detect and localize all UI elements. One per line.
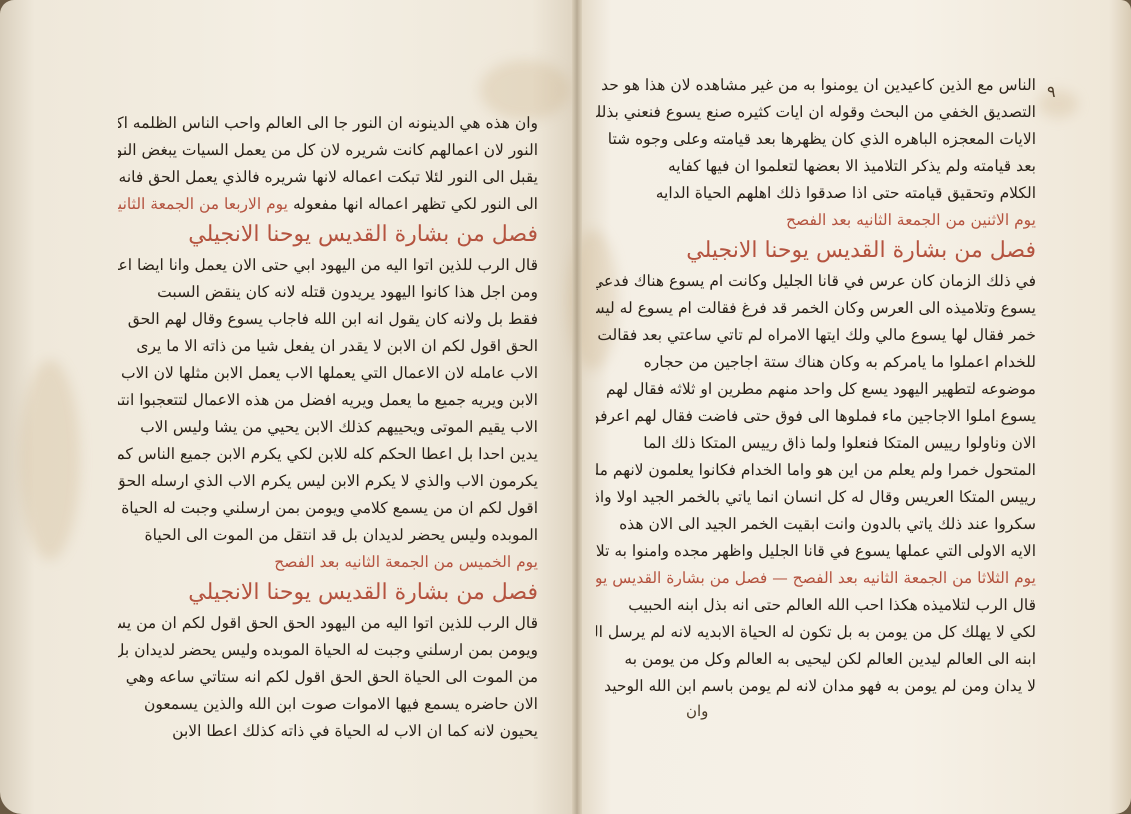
- text-line: يسوع املوا الاجاجين ماء فملوها الى فوق ح…: [596, 403, 1036, 430]
- text-line: يحيون لانه كما ان الاب له الحياة في ذاته…: [118, 718, 538, 745]
- text-line: من الموت الى الحياة الحق الحق اقول لكم ا…: [118, 664, 538, 691]
- rubric-day: يوم الاثنين من الجمعة الثانيه بعد الفصح: [596, 207, 1036, 234]
- text-line: الاب يقيم الموتى ويحييهم كذلك الابن يحيي…: [118, 414, 538, 441]
- text-line: الحق اقول لكم ان الابن لا يقدر ان يفعل ش…: [118, 333, 538, 360]
- text-line: الان حاضره يسمع فيها الاموات صوت ابن الل…: [118, 691, 538, 718]
- catchword: وان: [686, 702, 708, 720]
- text-line: الايه الاولى التي عملها يسوع في قانا الج…: [596, 538, 1036, 565]
- right-page-text: الناس مع الذين كاعيدين ان يومنوا به من غ…: [596, 72, 1036, 700]
- text-line: سكروا عند ذلك ياتي بالدون وانت ابقيت الخ…: [596, 511, 1036, 538]
- text-line: قال الرب للذين اتوا اليه من اليهود الحق …: [118, 610, 538, 637]
- text-line: موضوعه لتطهير اليهود يسع كل واحد منهم مط…: [596, 376, 1036, 403]
- text-line: الاب عامله لان الاعمال التي يعملها الاب …: [118, 360, 538, 387]
- text-line: التصديق الخفي من البحث وقوله ان ايات كثي…: [596, 99, 1036, 126]
- text-line: لكي لا يهلك كل من يومن به بل تكون له الح…: [596, 619, 1036, 646]
- left-page-text: وان هذه هي الدينونه ان النور جا الى العا…: [118, 110, 538, 745]
- text-line: الابن ويريه جميع ما يعمل ويريه افضل من ه…: [118, 387, 538, 414]
- rubric-day: يوم الاربعا من الجمعة الثانيه بعد الفصح: [118, 195, 288, 213]
- text-line: يدين احدا بل اعطا الحكم كله للابن لكي يك…: [118, 441, 538, 468]
- text-line: الموبده وليس يحضر لديدان بل قد انتقل من …: [118, 522, 538, 549]
- rubric-combined: يوم الثلاثا من الجمعة الثانيه بعد الفصح …: [596, 565, 1036, 592]
- rubric-title: فصل من بشارة القديس يوحنا الانجيلي: [118, 218, 538, 252]
- text-line: اقول لكم ان من يسمع كلامي ويومن بمن ارسل…: [118, 495, 538, 522]
- text-line: فقط بل ولانه كان يقول انه ابن الله فاجاب…: [118, 306, 538, 333]
- text-line: في ذلك الزمان كان عرس في قانا الجليل وكا…: [596, 268, 1036, 295]
- text-line: الناس مع الذين كاعيدين ان يومنوا به من غ…: [596, 72, 1036, 99]
- text-line: خمر فقال لها يسوع مالي ولك ايتها الامراه…: [596, 322, 1036, 349]
- rubric-title: فصل من بشارة القديس يوحنا الانجيلي: [596, 234, 1036, 268]
- text-line: الان وناولوا رييس المتكا فنعلوا ولما ذاق…: [596, 430, 1036, 457]
- text-line: ويومن بمن ارسلني وجبت له الحياة الموبده …: [118, 637, 538, 664]
- water-stain: [1038, 90, 1078, 118]
- book-gutter: [572, 0, 582, 814]
- text-line: لا يدان ومن لم يومن به فهو مدان لانه لم …: [596, 673, 1036, 700]
- text-line: قال الرب للذين اتوا اليه من اليهود ابي ح…: [118, 252, 538, 279]
- text-line: للخدام اعملوا ما يامركم به وكان هناك ستة…: [596, 349, 1036, 376]
- text-line: يكرمون الاب والذي لا يكرم الابن ليس يكرم…: [118, 468, 538, 495]
- rubric-day: يوم الخميس من الجمعة الثانيه بعد الفصح: [118, 549, 538, 576]
- text-line: المتحول خمرا ولم يعلم من اين هو واما الخ…: [596, 457, 1036, 484]
- open-manuscript: وان هذه هي الدينونه ان النور جا الى العا…: [0, 0, 1131, 814]
- rubric-title: فصل من بشارة القديس يوحنا الانجيلي: [118, 576, 538, 610]
- text-line: قال الرب لتلاميذه هكذا احب الله العالم ح…: [596, 592, 1036, 619]
- text-line: وان هذه هي الدينونه ان النور جا الى العا…: [118, 110, 538, 137]
- text-line: الايات المعجزه الباهره الذي كان يظهرها ب…: [596, 126, 1036, 153]
- text-line: يسوع وتلاميذه الى العرس وكان الخمر قد فر…: [596, 295, 1036, 322]
- water-stain: [20, 360, 80, 560]
- text-line: بعد قيامته ولم يذكر التلاميذ الا بعضها ل…: [596, 153, 1036, 180]
- text-line: الى النور لكي تظهر اعماله انها مفعوله يو…: [118, 191, 538, 218]
- text-line: يقبل الى النور لئلا تبكت اعماله لانها شر…: [118, 164, 538, 191]
- folio-number: ٩: [1047, 82, 1056, 101]
- text-line: النور لان اعمالهم كانت شريره لان كل من ي…: [118, 137, 538, 164]
- text-line: الكلام وتحقيق قيامته حتى اذا صدقوا ذلك ا…: [596, 180, 1036, 207]
- left-page: وان هذه هي الدينونه ان النور جا الى العا…: [0, 0, 578, 814]
- text-line: ومن اجل هذا كانوا اليهود يريدون قتله لان…: [118, 279, 538, 306]
- text-line: رييس المتكا العريس وقال له كل انسان انما…: [596, 484, 1036, 511]
- text-line: ابنه الى العالم ليدين العالم لكن ليحيى ب…: [596, 646, 1036, 673]
